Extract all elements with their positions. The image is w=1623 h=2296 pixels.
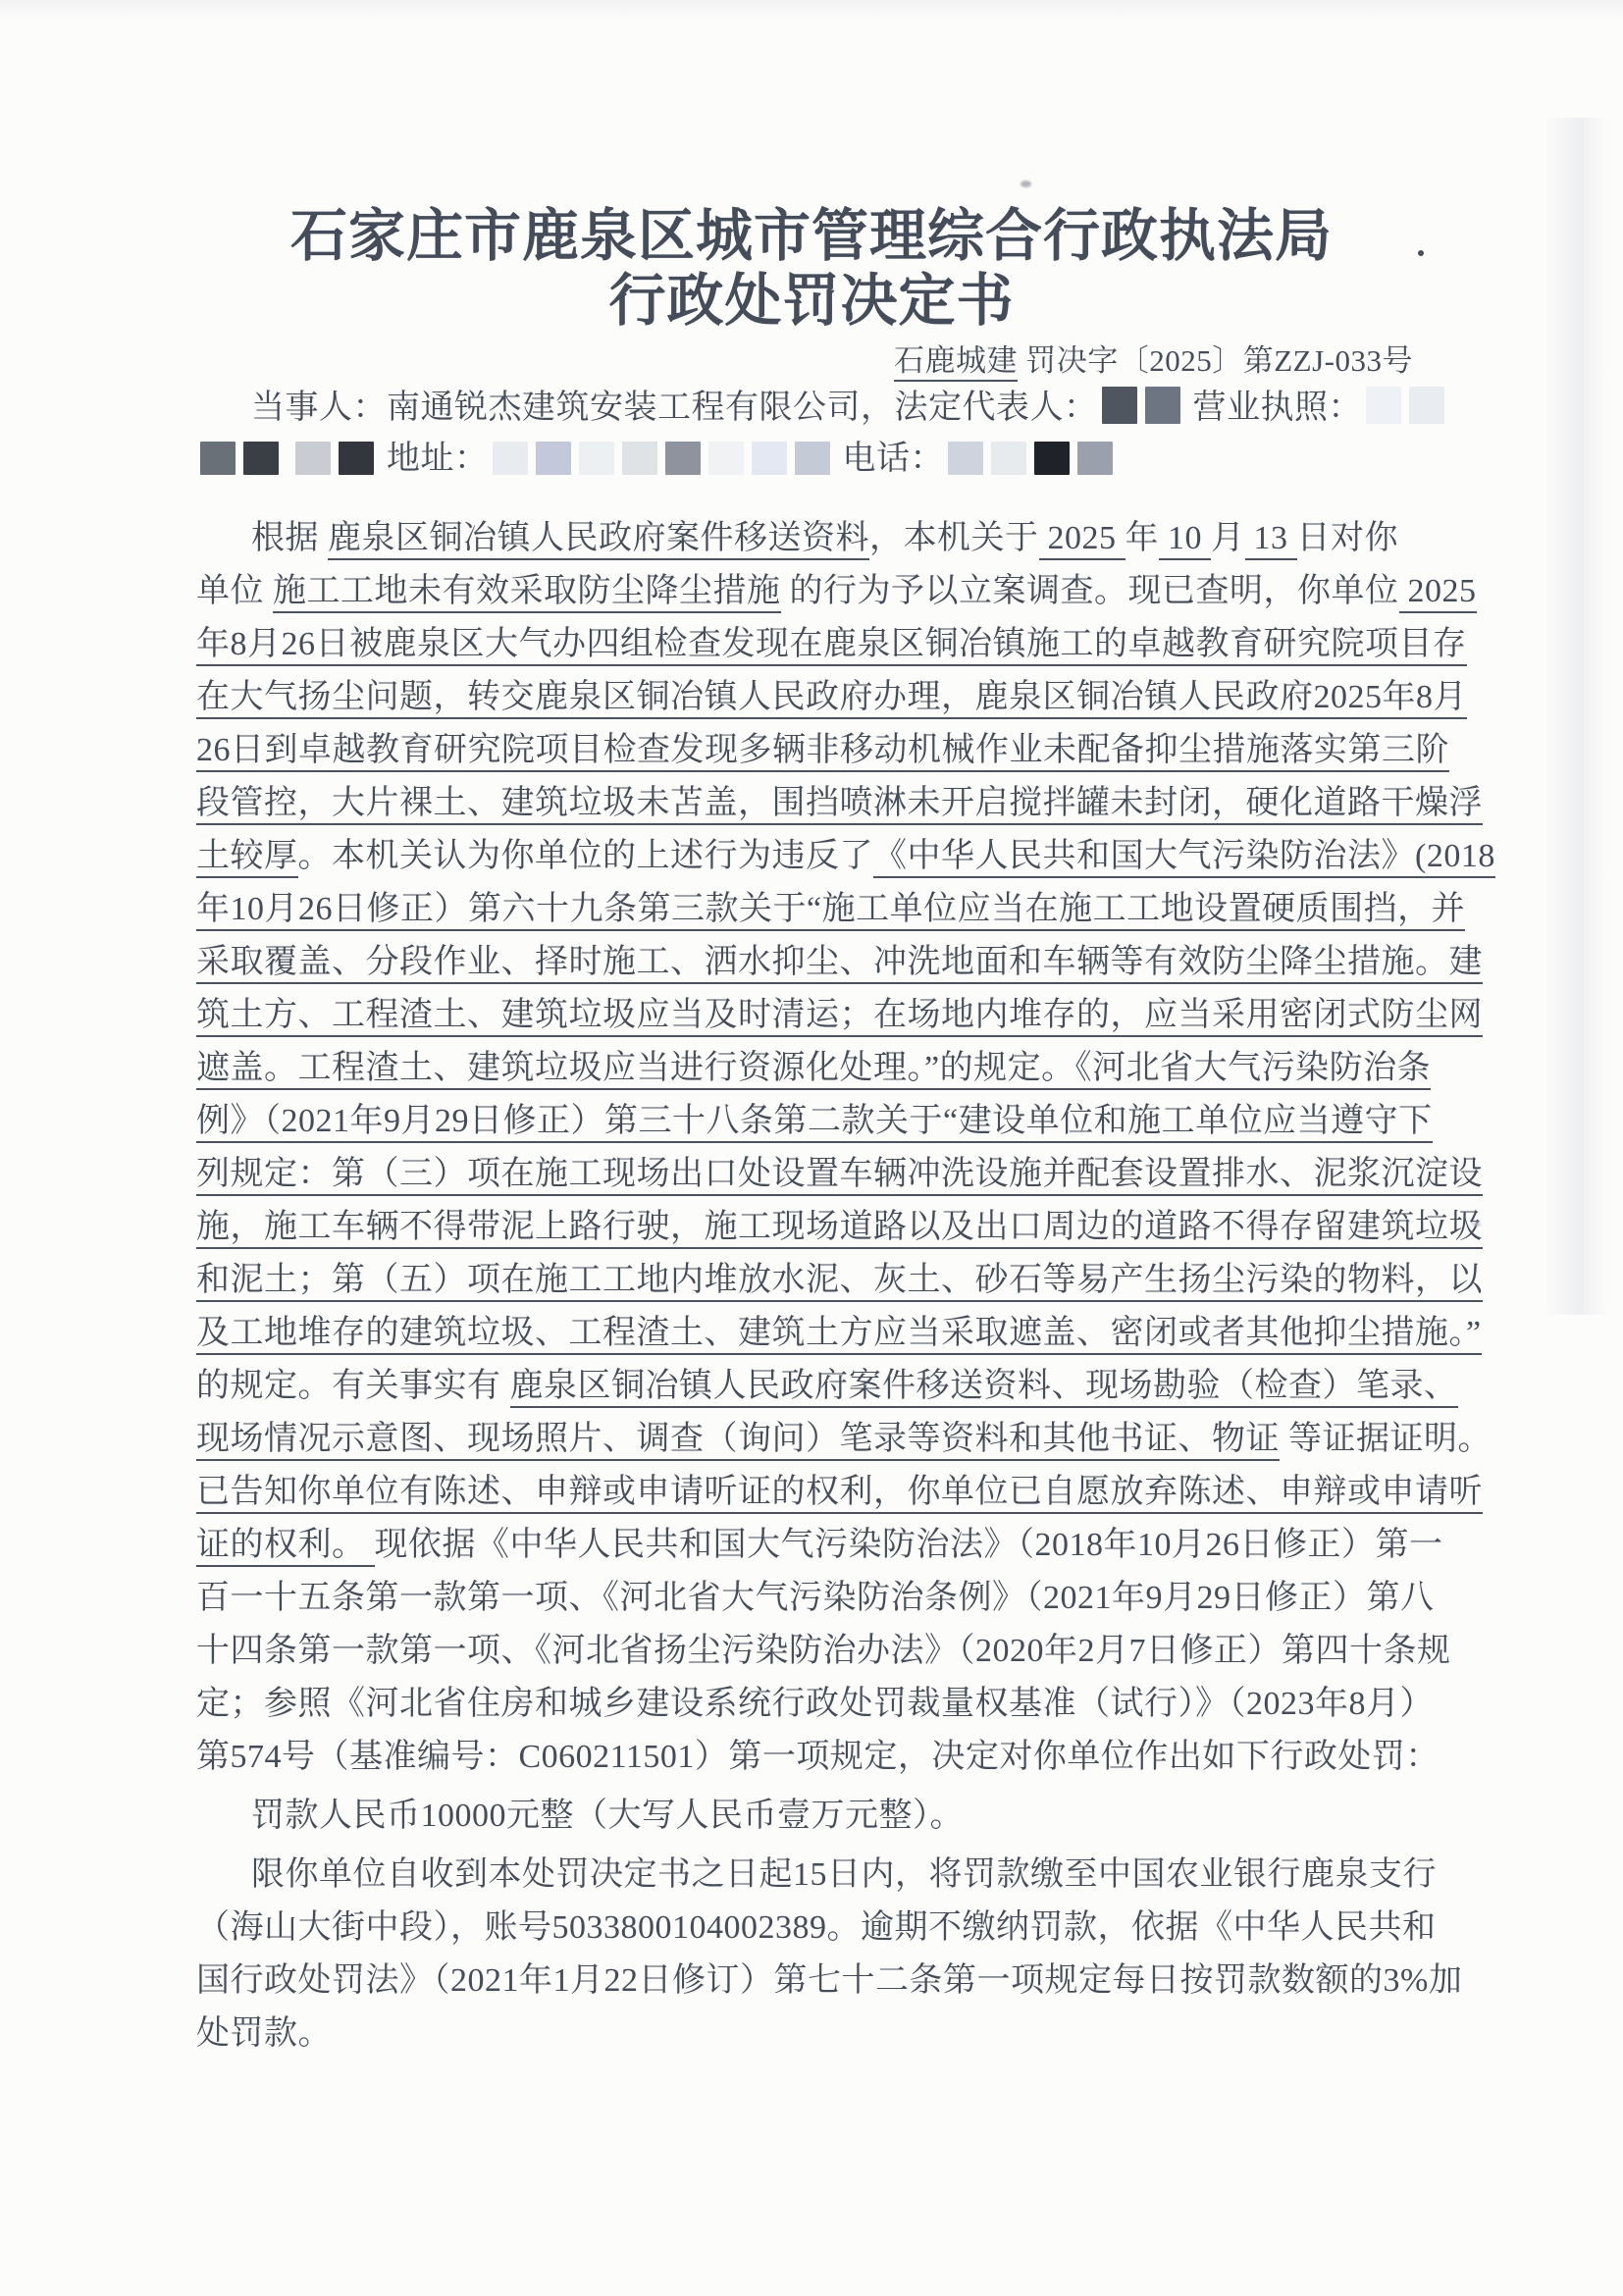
redaction-block xyxy=(493,442,528,475)
filled-in-text: 和泥土；第（五）项在施工工地内堆放水泥、灰土、砂石等易产生扬尘污染的物料，以 xyxy=(196,1262,1483,1302)
body-line: 施，施工车辆不得带泥上路行驶，施工现场道路以及出口周边的道路不得存留建筑垃圾 xyxy=(196,1201,1427,1254)
body-line: 证的权利。 现依据《中华人民共和国大气污染防治法》（2018年10月26日修正）… xyxy=(196,1519,1427,1572)
filled-in-text: 证的权利。 xyxy=(196,1527,375,1567)
redaction-block xyxy=(200,442,236,475)
printed-text: 日对你 xyxy=(1297,520,1399,556)
filled-in-text: 10 xyxy=(1159,520,1211,560)
doc-number: 石鹿城建 罚决字〔2025〕第ZZJ-033号 xyxy=(196,339,1427,383)
filled-in-text: 现场情况示意图、现场照片、调查（询问）笔录等资料和其他书证、物证 xyxy=(196,1421,1280,1461)
printed-text: 第574号（基准编号：C060211501）第一项规定，决定对你单位作出如下行政… xyxy=(196,1739,1440,1775)
body-line: 段管控，大片裸土、建筑垃圾未苫盖，围挡喷淋未开启搅拌罐未封闭，硬化道路干燥浮 xyxy=(196,777,1427,830)
body-line: 限你单位自收到本处罚决定书之日起15日内，将罚款缴至中国农业银行鹿泉支行 xyxy=(196,1849,1427,1902)
printed-text: 处罚款。 xyxy=(196,2015,332,2052)
body-line: 单位 施工工地未有效采取防尘降尘措施 的行为予以立案调查。现已查明，你单位 20… xyxy=(196,565,1427,618)
page-title-line2: 行政处罚决定书 xyxy=(196,269,1427,334)
scan-speck xyxy=(1021,181,1031,187)
filled-in-text: 施工工地未有效采取防尘降尘措施 xyxy=(273,573,781,613)
filled-in-text: 列规定：第（三）项在施工现场出口处设置车辆冲洗设施并配套设置排水、泥浆沉淀设 xyxy=(196,1156,1483,1196)
redaction-block xyxy=(1102,387,1137,424)
body-line: 年10月26日修正）第六十九条第三款关于“施工单位应当在施工工地设置硬质围挡，并 xyxy=(196,883,1427,936)
redaction-block xyxy=(339,442,374,475)
body-line: 土较厚。本机关认为你单位的上述行为违反了《中华人民共和国大气污染防治法》(201… xyxy=(196,830,1427,883)
printed-text: 的行为予以立案调查。现已查明，你单位 xyxy=(781,573,1399,609)
scan-speck xyxy=(1418,250,1424,256)
body-line: 26日到卓越教育研究院项目检查发现多辆非移动机械作业未配备抑尘措施落实第三阶 xyxy=(196,724,1427,777)
redaction-block xyxy=(795,442,830,475)
scan-speck xyxy=(1472,1222,1481,1226)
redaction-block xyxy=(752,442,787,475)
filled-in-text: 筑土方、工程渣土、建筑垃圾应当及时清运；在场地内堆存的，应当采用密闭式防尘网 xyxy=(196,997,1483,1037)
body-line: 定；参照《河北省住房和城乡建设系统行政处罚裁量权基准（试行）》（2023年8月） xyxy=(196,1678,1427,1731)
printed-text: 月 xyxy=(1211,520,1245,556)
body-line: 处罚款。 xyxy=(196,2008,1427,2061)
redaction-block xyxy=(295,442,331,475)
printed-text xyxy=(283,441,291,477)
filled-in-text: 石鹿城建 xyxy=(894,343,1018,382)
redaction-block xyxy=(665,442,701,475)
printed-text: ，本机关于 xyxy=(869,520,1039,556)
filled-in-text: 段管控，大片裸土、建筑垃圾未苫盖，围挡喷淋未开启搅拌罐未封闭，硬化道路干燥浮 xyxy=(196,785,1483,825)
scan-edge-artifact xyxy=(0,0,1623,20)
body-line: 国行政处罚法》（2021年1月22日修订）第七十二条第一项规定每日按罚款数额的3… xyxy=(196,1955,1427,2008)
filled-in-text: 鹿泉区铜冶镇人民政府案件移送资料、现场勘验（检查）笔录、 xyxy=(510,1368,1458,1408)
filled-in-text: 采取覆盖、分段作业、择时施工、洒水抑尘、冲洗地面和车辆等有效防尘降尘措施。建 xyxy=(196,944,1483,984)
body-line: 已告知你单位有陈述、申辩或申请听证的权利，你单位已自愿放弃陈述、申辩或申请听 xyxy=(196,1466,1427,1519)
filled-in-text: 2025 xyxy=(1399,573,1477,613)
redaction-block xyxy=(1366,387,1401,424)
filled-in-text: 例》（2021年9月29日修正）第三十八条第二款关于“建设单位和施工单位应当遵守… xyxy=(196,1103,1433,1143)
redaction-block xyxy=(622,442,657,475)
printed-text: 营业执照： xyxy=(1184,390,1363,426)
body-line: 例》（2021年9月29日修正）第三十八条第二款关于“建设单位和施工单位应当遵守… xyxy=(196,1095,1427,1148)
filled-in-text: 土较厚 xyxy=(196,838,298,878)
printed-text: 地址： xyxy=(378,441,489,477)
filled-in-text: 在大气扬尘问题，转交鹿泉区铜冶镇人民政府办理，鹿泉区铜冶镇人民政府2025年8月 xyxy=(196,679,1467,719)
scanned-penalty-decision-page: 石家庄市鹿泉区城市管理综合行政执法局 行政处罚决定书 石鹿城建 罚决字〔2025… xyxy=(0,0,1623,2296)
body-line: 百一十五条第一款第一项、《河北省大气污染防治条例》（2021年9月29日修正）第… xyxy=(196,1572,1427,1625)
printed-text: 的规定。有关事实有 xyxy=(196,1368,510,1404)
redaction-block xyxy=(708,442,744,475)
printed-text: 等证据证明。 xyxy=(1280,1421,1492,1457)
printed-text: 限你单位自收到本处罚决定书之日起15日内，将罚款缴至中国农业银行鹿泉支行 xyxy=(251,1856,1437,1893)
filled-in-text: 年10月26日修正）第六十九条第三款关于“施工单位应当在施工工地设置硬质围挡，并 xyxy=(196,891,1465,931)
body-line: 罚款人民币10000元整（大写人民币壹万元整）。 xyxy=(196,1790,1427,1843)
redaction-block xyxy=(1145,387,1180,424)
filled-in-text: 鹿泉区铜冶镇人民政府案件移送资料 xyxy=(328,520,869,560)
redaction-block xyxy=(991,442,1026,475)
party-line-1: 当事人：南通锐杰建筑安装工程有限公司，法定代表人： 营业执照： xyxy=(196,383,1427,434)
body-line: 的规定。有关事实有 鹿泉区铜冶镇人民政府案件移送资料、现场勘验（检查）笔录、 xyxy=(196,1360,1427,1413)
body-line: 及工地堆存的建筑垃圾、工程渣土、建筑土方应当采取遮盖、密闭或者其他抑尘措施。” xyxy=(196,1307,1427,1360)
body-line: 和泥土；第（五）项在施工工地内堆放水泥、灰土、砂石等易产生扬尘污染的物料，以 xyxy=(196,1254,1427,1307)
body-line: 现场情况示意图、现场照片、调查（询问）笔录等资料和其他书证、物证 等证据证明。 xyxy=(196,1413,1427,1466)
filled-in-text: 13 xyxy=(1245,520,1297,560)
body-line: 年8月26日被鹿泉区大气办四组检查发现在鹿泉区铜冶镇施工的卓越教育研究院项目存 xyxy=(196,618,1427,671)
body-line: 列规定：第（三）项在施工现场出口处设置车辆冲洗设施并配套设置排水、泥浆沉淀设 xyxy=(196,1148,1427,1201)
printed-text: 定；参照《河北省住房和城乡建设系统行政处罚裁量权基准（试行）》（2023年8月） xyxy=(196,1686,1434,1722)
document-body: 石鹿城建 罚决字〔2025〕第ZZJ-033号当事人：南通锐杰建筑安装工程有限公… xyxy=(196,339,1427,2061)
printed-text: 根据 xyxy=(251,520,328,556)
body-line: 第574号（基准编号：C060211501）第一项规定，决定对你单位作出如下行政… xyxy=(196,1731,1427,1784)
body-line: 筑土方、工程渣土、建筑垃圾应当及时清运；在场地内堆存的，应当采用密闭式防尘网 xyxy=(196,989,1427,1042)
printed-text: 现依据《中华人民共和国大气污染防治法》（2018年10月26日修正）第一 xyxy=(375,1527,1443,1563)
printed-text: 单位 xyxy=(196,573,273,609)
page-title-line1: 石家庄市鹿泉区城市管理综合行政执法局 xyxy=(196,204,1427,269)
redaction-block xyxy=(243,442,279,475)
printed-text: 国行政处罚法》（2021年1月22日修订）第七十二条第一项规定每日按罚款数额的3… xyxy=(196,1962,1462,1999)
filled-in-text: 及工地堆存的建筑垃圾、工程渣土、建筑土方应当采取遮盖、密闭或者其他抑尘措施。” xyxy=(196,1315,1482,1355)
printed-text: 当事人：南通锐杰建筑安装工程有限公司，法定代表人： xyxy=(251,390,1098,426)
redaction-block xyxy=(579,442,614,475)
redaction-block xyxy=(1409,387,1444,424)
filled-in-text: 2025 xyxy=(1039,520,1126,560)
body-line: （海山大街中段），账号5033800104002389。逾期不缴纳罚款，依据《中… xyxy=(196,1902,1427,1955)
printed-text: 电话： xyxy=(834,441,945,477)
scan-streak-artifact xyxy=(1544,118,1609,1315)
printed-text: 罚决字〔2025〕第ZZJ-033号 xyxy=(1018,343,1413,378)
filled-in-text: 施，施工车辆不得带泥上路行驶，施工现场道路以及出口周边的道路不得存留建筑垃圾 xyxy=(196,1209,1483,1249)
filled-in-text: 遮盖。工程渣土、建筑垃圾应当进行资源化处理。”的规定。《河北省大气污染防治条 xyxy=(196,1050,1431,1090)
redaction-block xyxy=(1077,442,1113,475)
redaction-block xyxy=(948,442,983,475)
printed-text: 年 xyxy=(1126,520,1160,556)
filled-in-text: 《中华人民共和国大气污染防治法》(2018 xyxy=(873,838,1495,878)
filled-in-text: 年8月26日被鹿泉区大气办四组检查发现在鹿泉区铜冶镇施工的卓越教育研究院项目存 xyxy=(196,626,1467,666)
filled-in-text: 26日到卓越教育研究院项目检查发现多辆非移动机械作业未配备抑尘措施落实第三阶 xyxy=(196,732,1449,772)
party-line-2: 地址： 电话： xyxy=(196,434,1427,485)
body-line: 采取覆盖、分段作业、择时施工、洒水抑尘、冲洗地面和车辆等有效防尘降尘措施。建 xyxy=(196,936,1427,989)
filled-in-text: 已告知你单位有陈述、申辩或申请听证的权利，你单位已自愿放弃陈述、申辩或申请听 xyxy=(196,1474,1483,1514)
printed-text: 。本机关认为你单位的上述行为违反了 xyxy=(298,838,874,874)
printed-text: 罚款人民币10000元整（大写人民币壹万元整）。 xyxy=(251,1798,964,1834)
printed-text: （海山大街中段），账号5033800104002389。逾期不缴纳罚款，依据《中… xyxy=(196,1909,1437,1946)
redaction-block xyxy=(536,442,571,475)
body-line: 遮盖。工程渣土、建筑垃圾应当进行资源化处理。”的规定。《河北省大气污染防治条 xyxy=(196,1042,1427,1095)
body-line: 十四条第一款第一项、《河北省扬尘污染防治办法》（2020年2月7日修正）第四十条… xyxy=(196,1625,1427,1678)
printed-text: 百一十五条第一款第一项、《河北省大气污染防治条例》（2021年9月29日修正）第… xyxy=(196,1580,1435,1616)
body-line: 在大气扬尘问题，转交鹿泉区铜冶镇人民政府办理，鹿泉区铜冶镇人民政府2025年8月 xyxy=(196,671,1427,724)
redaction-block xyxy=(1034,442,1070,475)
body-line: 根据 鹿泉区铜冶镇人民政府案件移送资料，本机关于 2025 年 10 月 13 … xyxy=(196,512,1427,565)
printed-text: 十四条第一款第一项、《河北省扬尘污染防治办法》（2020年2月7日修正）第四十条… xyxy=(196,1633,1451,1669)
